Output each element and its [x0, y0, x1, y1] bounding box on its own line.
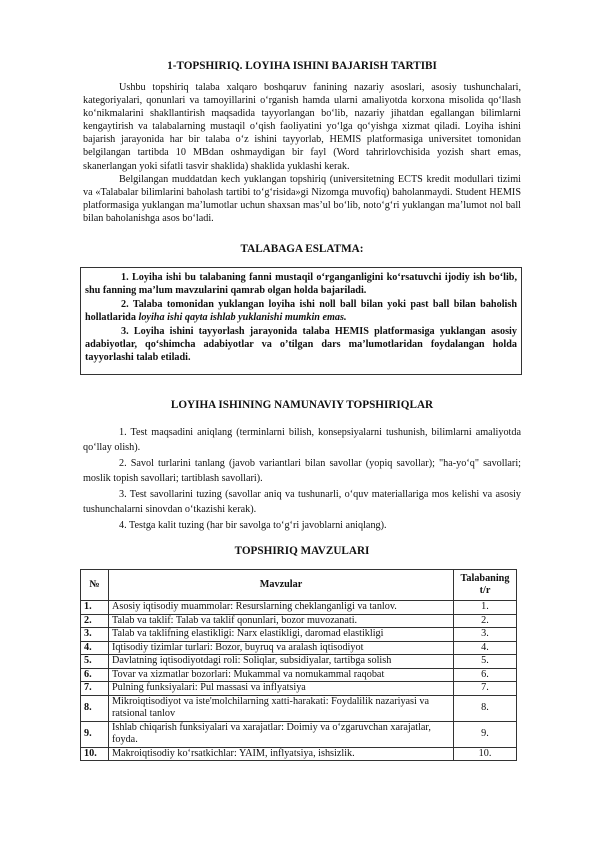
table-row: 6.Tovar va xizmatlar bozorlari: Mukammal… — [81, 668, 517, 682]
row-number: 4. — [81, 641, 109, 655]
reminder-item-3: 3. Loyiha ishini tayyorlash jarayonida t… — [85, 325, 517, 365]
row-number: 5. — [81, 655, 109, 669]
reminder-item-italic: loyiha ishi qayta ishlab yuklanishi mumk… — [139, 312, 347, 323]
table-row: 1.Asosiy iqtisodiy muammolar: Resurslarn… — [81, 601, 517, 615]
student-order-cell: 6. — [454, 668, 517, 682]
topics-table: № Mavzular Talabaning t/r 1.Asosiy iqtis… — [80, 569, 517, 761]
student-order-cell: 4. — [454, 641, 517, 655]
row-number: 2. — [81, 614, 109, 628]
row-number: 8. — [81, 695, 109, 721]
reminder-box: 1. Loyiha ishi bu talabaning fanni musta… — [80, 267, 522, 375]
reminder-item-text: 3. Loyiha ishini tayyorlash jarayonida t… — [85, 326, 517, 364]
column-header-topics: Mavzular — [109, 570, 454, 601]
intro-paragraph-2: Belgilangan muddatdan kech yuklangan top… — [83, 173, 521, 225]
table-row: 7.Pulning funksiyalari: Pul massasi va i… — [81, 682, 517, 696]
topic-cell: Asosiy iqtisodiy muammolar: Resurslarnin… — [109, 601, 454, 615]
student-order-cell: 3. — [454, 628, 517, 642]
table-row: 4.Iqtisodiy tizimlar turlari: Bozor, buy… — [81, 641, 517, 655]
table-row: 5.Davlatning iqtisodiyotdagi roli: Soliq… — [81, 655, 517, 669]
row-number: 3. — [81, 628, 109, 642]
student-order-cell: 7. — [454, 682, 517, 696]
topic-cell: Mikroiqtisodiyot va iste'molchilarning x… — [109, 695, 454, 721]
topic-cell: Talab va taklif: Talab va taklif qonunla… — [109, 614, 454, 628]
student-order-cell: 2. — [454, 614, 517, 628]
column-header-number: № — [81, 570, 109, 601]
student-order-cell: 1. — [454, 601, 517, 615]
topic-cell: Iqtisodiy tizimlar turlari: Bozor, buyru… — [109, 641, 454, 655]
reminder-item-text: 1. Loyiha ishi bu talabaning fanni musta… — [85, 272, 517, 296]
topics-heading: TOPSHIRIQ MAVZULARI — [83, 545, 521, 557]
table-row: 3.Talab va taklifning elastikligi: Narx … — [81, 628, 517, 642]
reminder-heading: TALABAGA ESLATMA: — [83, 243, 521, 255]
table-row: 9.Ishlab chiqarish funksiyalari va xaraj… — [81, 721, 517, 747]
table-row: 8.Mikroiqtisodiyot va iste'molchilarning… — [81, 695, 517, 721]
sample-task-4: 4. Testga kalit tuzing (har bir savolga … — [83, 518, 521, 534]
topic-cell: Tovar va xizmatlar bozorlari: Mukammal v… — [109, 668, 454, 682]
student-order-cell: 9. — [454, 721, 517, 747]
page-title: 1-TOPSHIRIQ. LOYIHA ISHINI BAJARISH TART… — [83, 60, 521, 72]
table-row: 2.Talab va taklif: Talab va taklif qonun… — [81, 614, 517, 628]
row-number: 1. — [81, 601, 109, 615]
topic-cell: Ishlab chiqarish funksiyalari va xarajat… — [109, 721, 454, 747]
student-order-cell: 10. — [454, 747, 517, 761]
intro-paragraph-1: Ushbu topshiriq talaba xalqaro boshqaruv… — [83, 81, 521, 173]
topic-cell: Davlatning iqtisodiyotdagi roli: Soliqla… — [109, 655, 454, 669]
sample-task-3: 3. Test savollarini tuzing (savollar ani… — [83, 487, 521, 518]
reminder-item-1: 1. Loyiha ishi bu talabaning fanni musta… — [85, 271, 517, 298]
table-header-row: № Mavzular Talabaning t/r — [81, 570, 517, 601]
row-number: 9. — [81, 721, 109, 747]
sample-tasks-heading: LOYIHA ISHINING NAMUNAVIY TOPSHIRIQLAR — [83, 399, 521, 411]
student-order-cell: 8. — [454, 695, 517, 721]
topic-cell: Pulning funksiyalari: Pul massasi va inf… — [109, 682, 454, 696]
document-page: 1-TOPSHIRIQ. LOYIHA ISHINI BAJARISH TART… — [83, 0, 521, 761]
sample-task-1: 1. Test maqsadini aniqlang (terminlarni … — [83, 425, 521, 456]
table-row: 10.Makroiqtisodiy ko‘rsatkichlar: YAIM, … — [81, 747, 517, 761]
topic-cell: Makroiqtisodiy ko‘rsatkichlar: YAIM, inf… — [109, 747, 454, 761]
sample-task-2: 2. Savol turlarini tanlang (javob varian… — [83, 456, 521, 487]
student-order-cell: 5. — [454, 655, 517, 669]
reminder-item-2: 2. Talaba tomonidan yuklangan loyiha ish… — [85, 298, 517, 325]
topic-cell: Talab va taklifning elastikligi: Narx el… — [109, 628, 454, 642]
column-header-student: Talabaning t/r — [454, 570, 517, 601]
row-number: 7. — [81, 682, 109, 696]
row-number: 6. — [81, 668, 109, 682]
row-number: 10. — [81, 747, 109, 761]
